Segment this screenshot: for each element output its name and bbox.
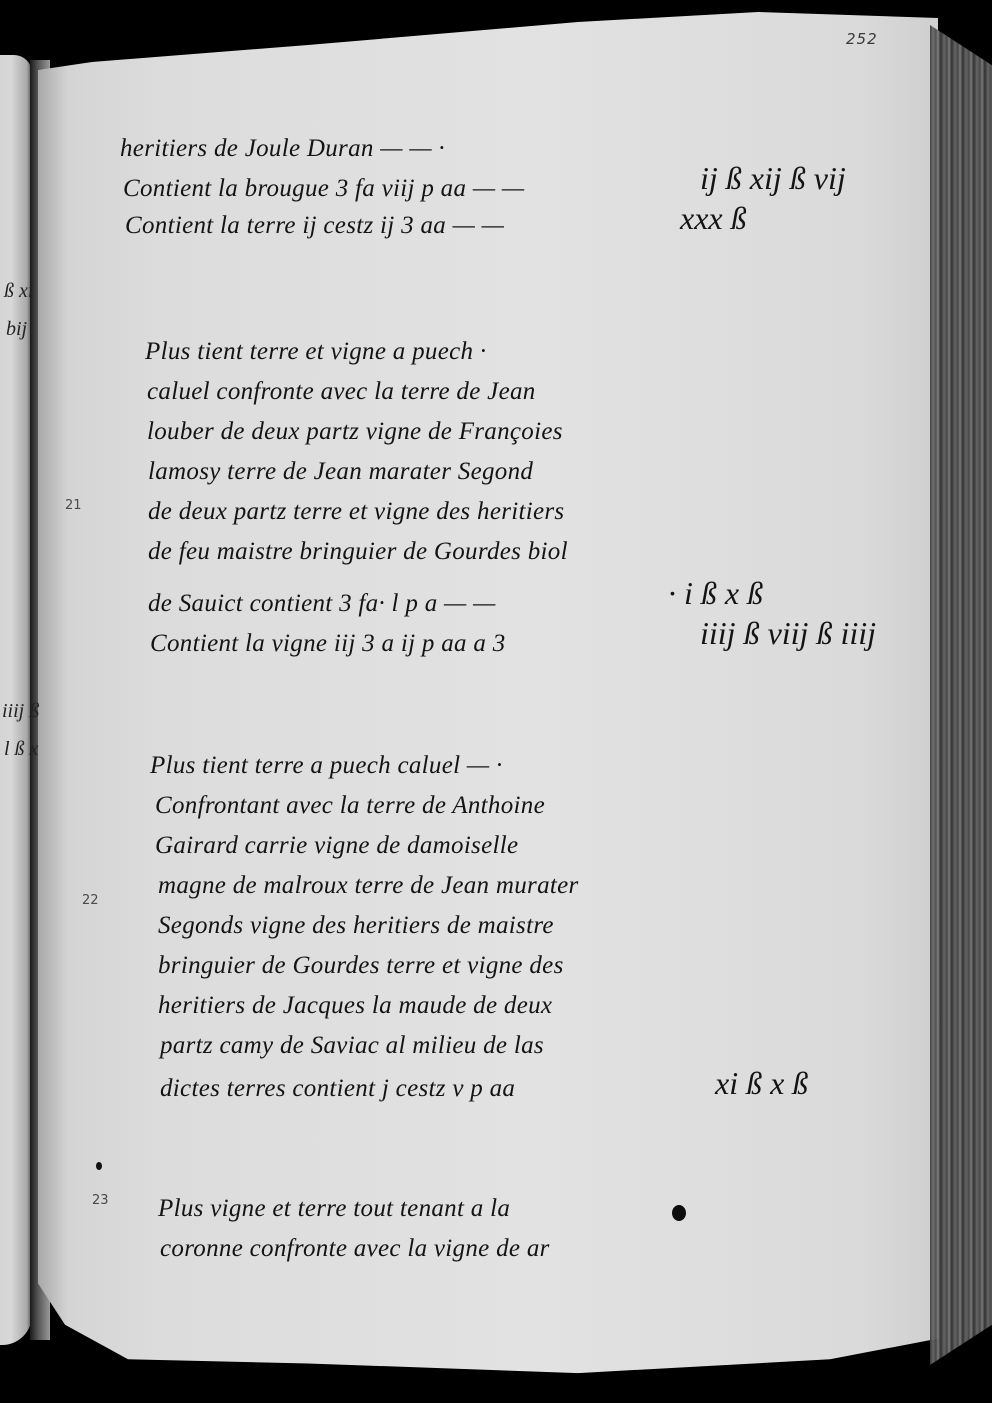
entry-line: Plus vigne et terre tout tenant a la [158, 1195, 510, 1223]
entry-line: Confrontant avec la terre de Anthoine [155, 792, 545, 820]
manuscript-page [38, 0, 938, 1380]
entry-amount: xi ß x ß [715, 1065, 808, 1102]
entry-line: de deux partz terre et vigne des heritie… [148, 498, 564, 526]
margin-entry-number: 21 [65, 498, 82, 513]
entry-amount: xxx ß [680, 200, 747, 237]
entry-line: lamosy terre de Jean marater Segond [148, 458, 533, 486]
entry-line: de feu maistre bringuier de Gourdes biol [148, 538, 568, 566]
left-page-note: ß xi [4, 280, 33, 303]
entry-line: Contient la brougue 3 fa viij p aa — — [123, 175, 524, 203]
entry-amount: ij ß xij ß vij [700, 160, 846, 197]
entry-line: partz camy de Saviac al milieu de las [160, 1032, 544, 1060]
entry-line: de Sauict contient 3 fa· l p a — — [148, 590, 496, 618]
entry-line: Plus tient terre et vigne a puech · [145, 338, 486, 366]
entry-line: Segonds vigne des heritiers de maistre [158, 912, 554, 940]
entry-line: dictes terres contient j cestz v p aa [160, 1075, 515, 1103]
entry-line: heritiers de Jacques la maude de deux [158, 992, 552, 1020]
entry-line: magne de malroux terre de Jean murater [158, 872, 579, 900]
entry-line: heritiers de Joule Duran — — · [120, 135, 445, 163]
margin-entry-number: 22 [82, 893, 99, 908]
left-page-note: bij [6, 318, 27, 341]
entry-line: bringuier de Gourdes terre et vigne des [158, 952, 564, 980]
entry-line: Gairard carrie vigne de damoiselle [155, 832, 518, 860]
margin-entry-number: 23 [92, 1193, 109, 1208]
entry-amount: iiij ß viij ß iiij [700, 615, 876, 652]
left-page-note: iiij ß [2, 700, 39, 723]
ink-mark [96, 1162, 102, 1170]
entry-amount: · i ß x ß [668, 575, 763, 612]
left-page-note: l ß x [4, 738, 38, 761]
entry-line: Plus tient terre a puech caluel — · [150, 752, 503, 780]
entry-line: caluel confronte avec la terre de Jean [147, 378, 536, 406]
ink-blot [672, 1205, 686, 1221]
entry-line: coronne confronte avec la vigne de ar [160, 1235, 550, 1263]
entry-line: Contient la terre ij cestz ij 3 aa — — [125, 212, 504, 240]
entry-line: Contient la vigne iij 3 a ij p aa a 3 [150, 630, 506, 658]
page-fore-edge [930, 25, 992, 1365]
folio-number: 252 [846, 30, 878, 48]
entry-line: louber de deux partz vigne de Françoies [147, 418, 563, 446]
